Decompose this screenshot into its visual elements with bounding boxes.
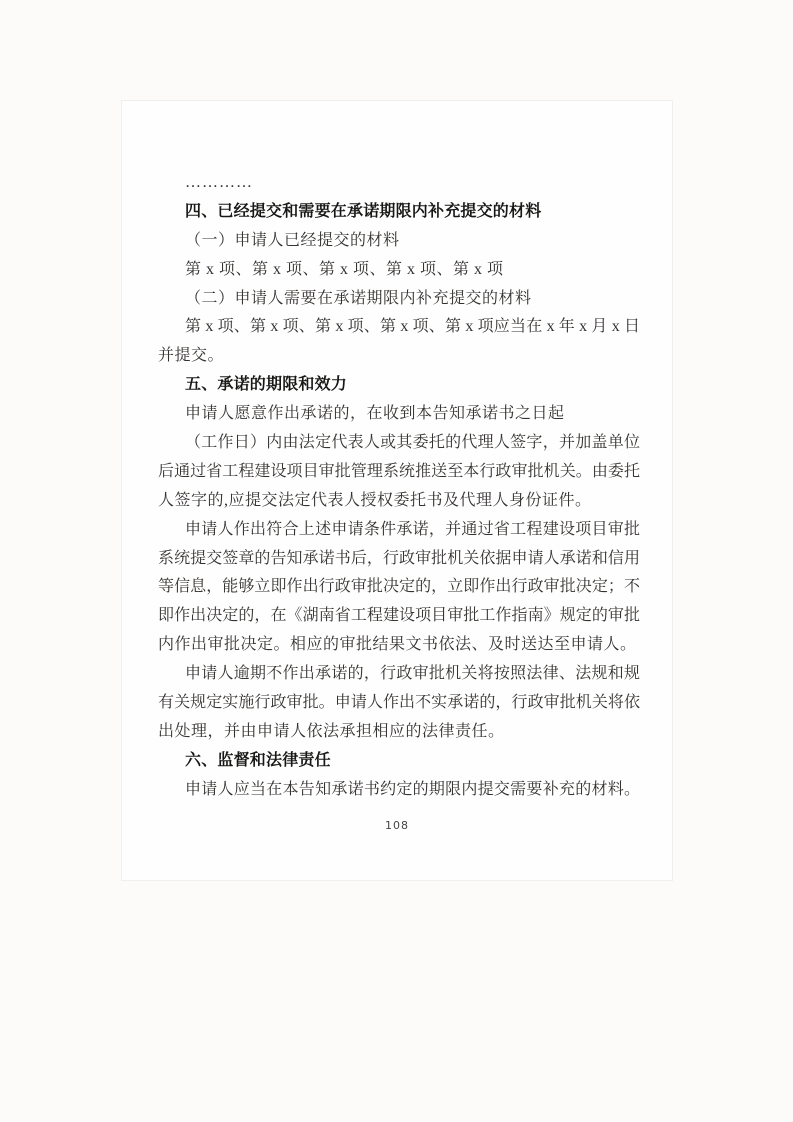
text-line: 人签字的,应提交法定代表人授权委托书及代理人身份证件。 (158, 487, 640, 516)
text-line: 并提交。 (158, 342, 640, 371)
document-page: …………四、已经提交和需要在承诺期限内补充提交的材料（一）申请人已经提交的材料第… (121, 100, 673, 881)
text-line: 第 x 项、第 x 项、第 x 项、第 x 项、第 x 项应当在 x 年 x 月… (158, 313, 640, 342)
text-line: 出处理，并由申请人依法承担相应的法律责任。 (158, 718, 640, 747)
text-line: （二）申请人需要在承诺期限内补充提交的材料 (158, 285, 640, 314)
text-line: 申请人应当在本告知承诺书约定的期限内提交需要补充的材料。未提 (158, 776, 640, 805)
text-line: 系统提交签章的告知承诺书后，行政审批机关依据申请人承诺和信用状况 (158, 545, 640, 574)
text-block: …………四、已经提交和需要在承诺期限内补充提交的材料（一）申请人已经提交的材料第… (158, 169, 640, 805)
section-heading: 四、已经提交和需要在承诺期限内补充提交的材料 (158, 198, 640, 227)
text-line: （一）申请人已经提交的材料 (158, 227, 640, 256)
page-number: 108 (122, 819, 672, 832)
text-line: 即作出决定的，在《湖南省工程建设项目审批工作指南》规定的审批时限 (158, 602, 640, 631)
text-line: （工作日）内由法定代表人或其委托的代理人签字，并加盖单位公章 (158, 429, 640, 458)
text-line: 等信息，能够立即作出行政审批决定的，立即作出行政审批决定；不能立 (158, 573, 640, 602)
section-heading: 六、监督和法律责任 (158, 747, 640, 776)
text-line: 申请人作出符合上述申请条件承诺，并通过省工程建设项目审批管理 (158, 516, 640, 545)
text-line: 申请人愿意作出承诺的，在收到本告知承诺书之日起 (158, 400, 640, 429)
text-line: 申请人逾期不作出承诺的，行政审批机关将按照法律、法规和规章的 (158, 660, 640, 689)
text-line: 有关规定实施行政审批。申请人作出不实承诺的，行政审批机关将依法作 (158, 689, 640, 718)
text-line: 后通过省工程建设项目审批管理系统推送至本行政审批机关。由委托代理 (158, 458, 640, 487)
text-line: 第 x 项、第 x 项、第 x 项、第 x 项、第 x 项 (158, 256, 640, 285)
text-line: 内作出审批决定。相应的审批结果文书依法、及时送达至申请人。 (158, 631, 640, 660)
section-heading: 五、承诺的期限和效力 (158, 371, 640, 400)
ellipsis-line: ………… (158, 169, 640, 198)
